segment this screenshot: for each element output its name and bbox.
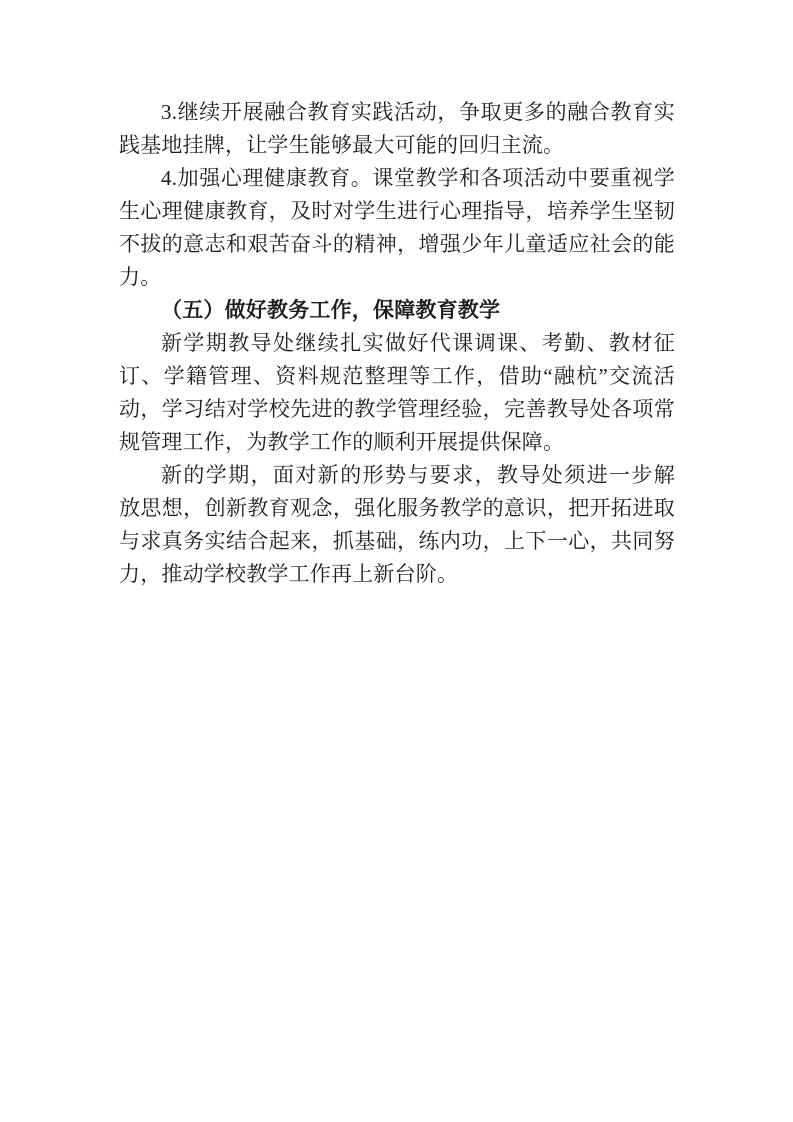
- text-line: 新学期教导处继续扎实做好代课调课、考勤、教材征: [119, 327, 675, 360]
- section-heading: （五）做好教务工作，保障教育教学: [119, 294, 675, 327]
- text-line: 新的学期，面对新的形势与要求，教导处须进一步解: [119, 459, 675, 492]
- paragraph-point-3: 3.继续开展融合教育实践活动，争取更多的融合教育实 践基地挂牌，让学生能够最大可…: [119, 96, 675, 162]
- paragraph-teaching-affairs: 新学期教导处继续扎实做好代课调课、考勤、教材征 订、学籍管理、资料规范整理等工作…: [119, 327, 675, 459]
- text-line: 力。: [119, 261, 675, 294]
- text-line: 动，学习结对学校先进的教学管理经验，完善教导处各项常: [119, 393, 675, 426]
- text-line: 不拔的意志和艰苦奋斗的精神，增强少年儿童适应社会的能: [119, 228, 675, 261]
- text-line: 放思想，创新教育观念，强化服务教学的意识，把开拓进取: [119, 492, 675, 525]
- text-line: 与求真务实结合起来，抓基础，练内功，上下一心，共同努: [119, 525, 675, 558]
- text-line: 规管理工作，为教学工作的顺利开展提供保障。: [119, 426, 675, 459]
- text-line: 3.继续开展融合教育实践活动，争取更多的融合教育实: [119, 96, 675, 129]
- paragraph-point-4: 4.加强心理健康教育。课堂教学和各项活动中要重视学 生心理健康教育，及时对学生进…: [119, 162, 675, 294]
- paragraph-new-semester: 新的学期，面对新的形势与要求，教导处须进一步解 放思想，创新教育观念，强化服务教…: [119, 459, 675, 591]
- text-line: 订、学籍管理、资料规范整理等工作，借助“融杭”交流活: [119, 360, 675, 393]
- text-line: 4.加强心理健康教育。课堂教学和各项活动中要重视学: [119, 162, 675, 195]
- text-line: 践基地挂牌，让学生能够最大可能的回归主流。: [119, 129, 675, 162]
- text-block: 3.继续开展融合教育实践活动，争取更多的融合教育实 践基地挂牌，让学生能够最大可…: [119, 96, 675, 591]
- document-page: 3.继续开展融合教育实践活动，争取更多的融合教育实 践基地挂牌，让学生能够最大可…: [0, 0, 793, 1122]
- text-line: 生心理健康教育，及时对学生进行心理指导，培养学生坚韧: [119, 195, 675, 228]
- text-line: 力，推动学校教学工作再上新台阶。: [119, 558, 675, 591]
